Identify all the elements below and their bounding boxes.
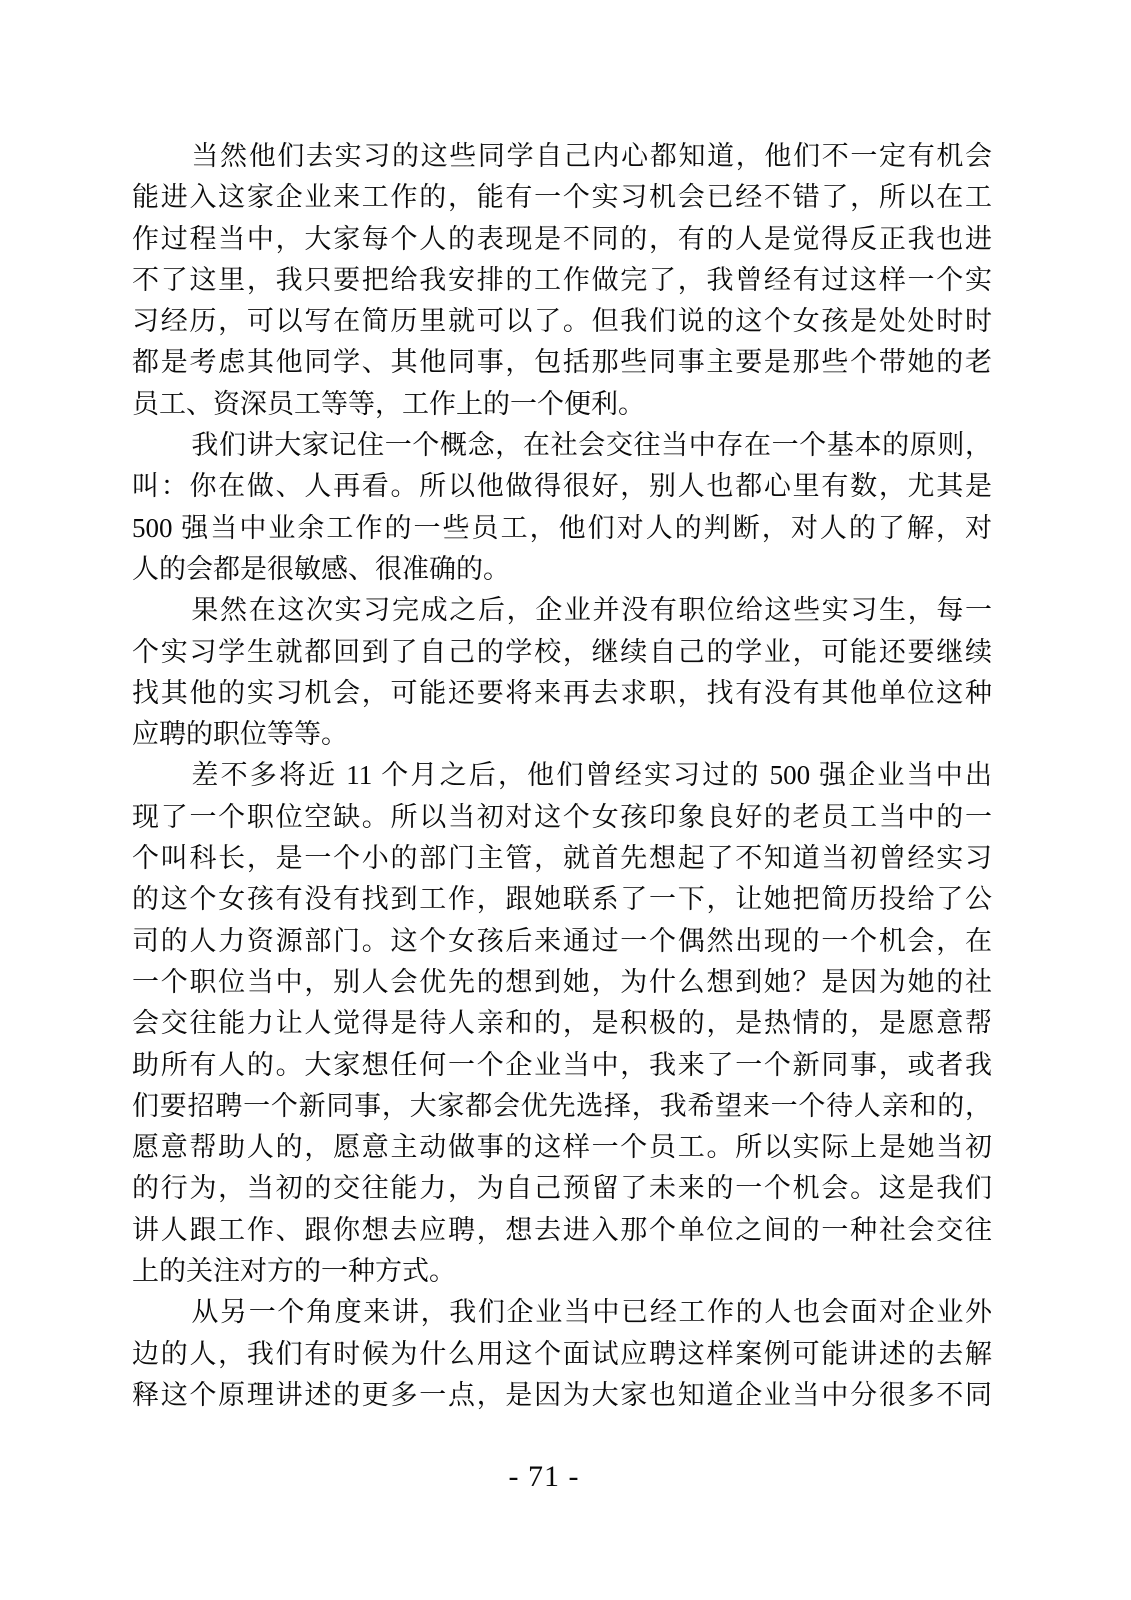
text-line: 能进入这家企业来工作的，能有一个实习机会已经不错了，所以在工: [132, 177, 992, 218]
text-line: 上的关注对方的一种方式。: [132, 1251, 992, 1292]
page-number: - 71 -: [509, 1460, 580, 1493]
text-line: 差不多将近 11 个月之后，他们曾经实习过的 500 强企业当中出: [132, 755, 992, 796]
text-line: 员工、资深员工等等，工作上的一个便利。: [132, 384, 992, 425]
text-line: 作过程当中，大家每个人的表现是不同的，有的人是觉得反正我也进: [132, 219, 992, 260]
text-line: 找其他的实习机会，可能还要将来再去求职，找有没有其他单位这种: [132, 673, 992, 714]
text-line: 释这个原理讲述的更多一点，是因为大家也知道企业当中分很多不同: [132, 1375, 992, 1416]
paragraph: 当然他们去实习的这些同学自己内心都知道，他们不一定有机会能进入这家企业来工作的，…: [132, 136, 992, 425]
text-line: 个叫科长，是一个小的部门主管，就首先想起了不知道当初曾经实习: [132, 838, 992, 879]
page-footer: - 71 -: [132, 1460, 992, 1494]
text-line: 愿意帮助人的，愿意主动做事的这样一个员工。所以实际上是她当初: [132, 1127, 992, 1168]
text-line: 助所有人的。大家想任何一个企业当中，我来了一个新同事，或者我: [132, 1045, 992, 1086]
text-line: 习经历，可以写在简历里就可以了。但我们说的这个女孩是处处时时: [132, 301, 992, 342]
text-line: 果然在这次实习完成之后，企业并没有职位给这些实习生，每一: [132, 590, 992, 631]
paragraph: 果然在这次实习完成之后，企业并没有职位给这些实习生，每一个实习学生就都回到了自己…: [132, 590, 992, 755]
paragraph: 从另一个角度来讲，我们企业当中已经工作的人也会面对企业外边的人，我们有时候为什么…: [132, 1292, 992, 1416]
text-line: 应聘的职位等等。: [132, 714, 992, 755]
text-line: 边的人，我们有时候为什么用这个面试应聘这样案例可能讲述的去解: [132, 1334, 992, 1375]
text-line: 会交往能力让人觉得是待人亲和的，是积极的，是热情的，是愿意帮: [132, 1003, 992, 1044]
paragraph: 我们讲大家记住一个概念，在社会交往当中存在一个基本的原则，叫：你在做、人再看。所…: [132, 425, 992, 590]
text-line: 叫：你在做、人再看。所以他做得很好，别人也都心里有数，尤其是: [132, 466, 992, 507]
text-line: 个实习学生就都回到了自己的学校，继续自己的学业，可能还要继续: [132, 632, 992, 673]
text-line: 都是考虑其他同学、其他同事，包括那些同事主要是那些个带她的老: [132, 342, 992, 383]
text-line: 一个职位当中，别人会优先的想到她，为什么想到她？是因为她的社: [132, 962, 992, 1003]
text-line: 的行为，当初的交往能力，为自己预留了未来的一个机会。这是我们: [132, 1168, 992, 1209]
text-line: 们要招聘一个新同事，大家都会优先选择，我希望来一个待人亲和的，: [132, 1086, 992, 1127]
text-line: 我们讲大家记住一个概念，在社会交往当中存在一个基本的原则，: [132, 425, 992, 466]
document-page: 当然他们去实习的这些同学自己内心都知道，他们不一定有机会能进入这家企业来工作的，…: [0, 0, 1131, 1600]
text-line: 现了一个职位空缺。所以当初对这个女孩印象良好的老员工当中的一: [132, 797, 992, 838]
text-line: 人的会都是很敏感、很准确的。: [132, 549, 992, 590]
text-line: 司的人力资源部门。这个女孩后来通过一个偶然出现的一个机会，在: [132, 921, 992, 962]
text-line: 从另一个角度来讲，我们企业当中已经工作的人也会面对企业外: [132, 1292, 992, 1333]
text-line: 当然他们去实习的这些同学自己内心都知道，他们不一定有机会: [132, 136, 992, 177]
page-body-text: 当然他们去实习的这些同学自己内心都知道，他们不一定有机会能进入这家企业来工作的，…: [132, 136, 992, 1416]
paragraph: 差不多将近 11 个月之后，他们曾经实习过的 500 强企业当中出现了一个职位空…: [132, 755, 992, 1292]
text-line: 500 强当中业余工作的一些员工，他们对人的判断，对人的了解，对: [132, 508, 992, 549]
text-line: 讲人跟工作、跟你想去应聘，想去进入那个单位之间的一种社会交往: [132, 1210, 992, 1251]
text-line: 的这个女孩有没有找到工作，跟她联系了一下，让她把简历投给了公: [132, 879, 992, 920]
text-line: 不了这里，我只要把给我安排的工作做完了，我曾经有过这样一个实: [132, 260, 992, 301]
